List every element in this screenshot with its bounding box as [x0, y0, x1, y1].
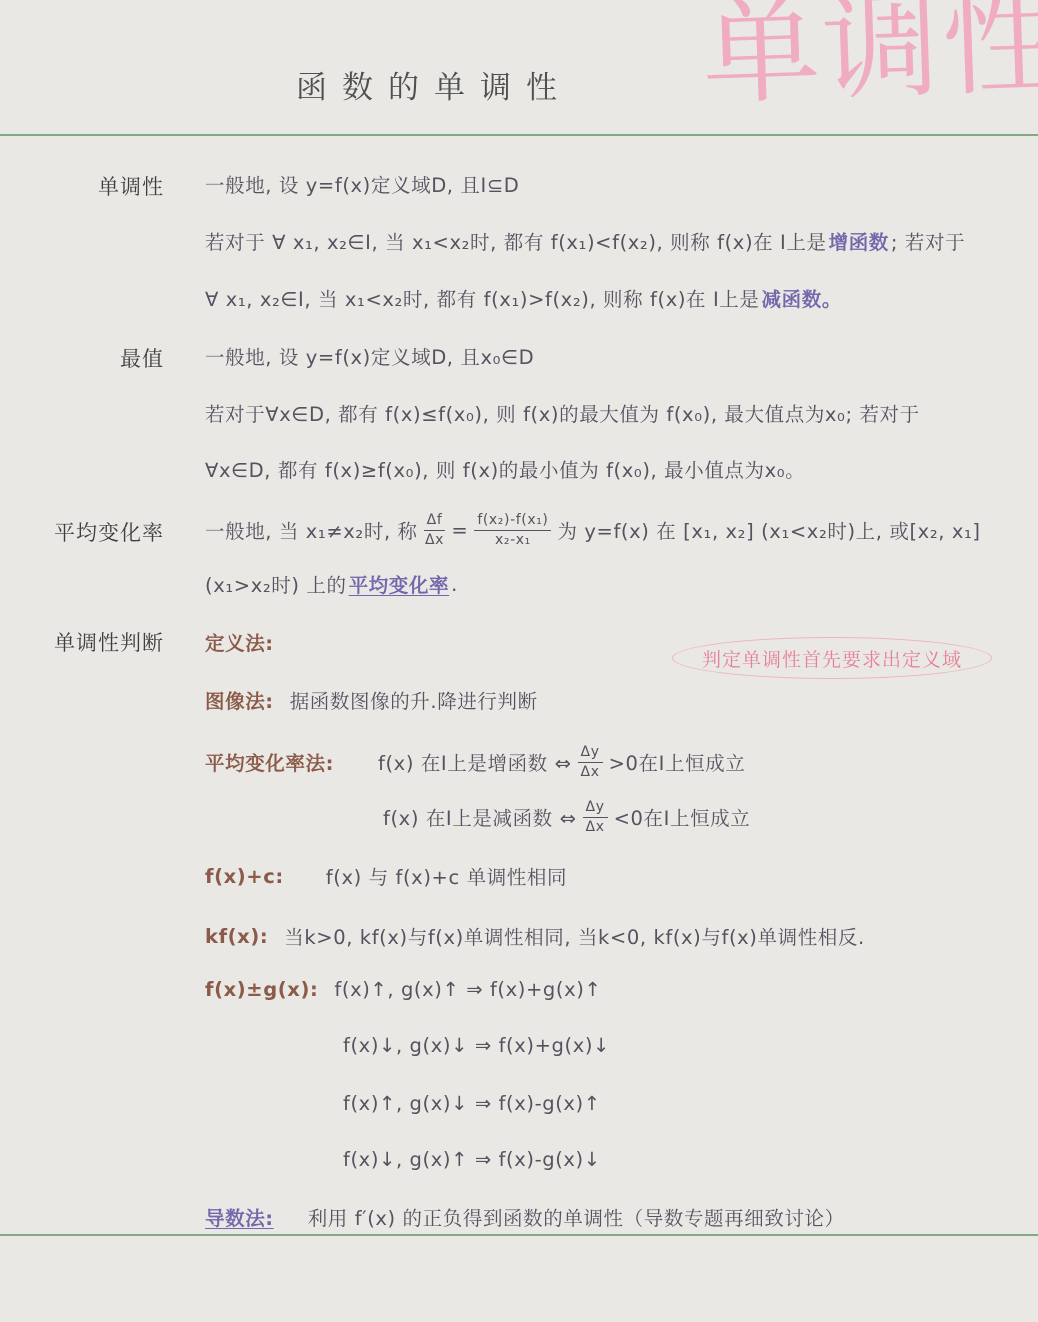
- rate-method-line1-pre: f(x) 在I上是增函数 ⇔: [378, 748, 572, 776]
- rate-method-line-1: 平均变化率法: f(x) 在I上是增函数 ⇔ Δy Δx >0在I上恒成立: [205, 740, 745, 784]
- extremum-line1-text: 一般地, 设 y=f(x)定义域D, 且x₀∈D: [205, 342, 534, 370]
- monotonicity-line-3: ∀ x₁, x₂∈I, 当 x₁<x₂时, 都有 f(x₁)>f(x₂), 则称…: [205, 284, 842, 312]
- fg-rule-4: f(x)↓, g(x)↑ ⇒ f(x)-g(x)↓: [343, 1148, 601, 1171]
- handwritten-stamp: 单调性: [700, 0, 1038, 118]
- avg-rate-equals: =: [451, 519, 468, 542]
- monotonicity-line2-post: ; 若对于: [891, 227, 965, 255]
- avg-rate-line1-pre: 一般地, 当 x₁≠x₂时, 称: [205, 516, 418, 544]
- delta-y-over-delta-x-fraction-2: Δy Δx: [583, 799, 608, 834]
- fg-method-line-1: f(x)±g(x): f(x)↑, g(x)↑ ⇒ f(x)+g(x)↑: [205, 978, 601, 1001]
- graph-method-text: 据函数图像的升.降进行判断: [290, 686, 538, 714]
- fg-rule-2: f(x)↓, g(x)↓ ⇒ f(x)+g(x)↓: [343, 1034, 610, 1057]
- avg-rate-line-1: 一般地, 当 x₁≠x₂时, 称 Δf Δx = f(x₂)-f(x₁) x₂-…: [205, 508, 981, 552]
- rate-method-line2-post: <0在I上恒成立: [614, 803, 751, 831]
- graph-method-line: 图像法: 据函数图像的升.降进行判断: [205, 686, 538, 714]
- kf-method-label: kf(x):: [205, 925, 268, 948]
- fg-method-line-3: f(x)↑, g(x)↓ ⇒ f(x)-g(x)↑: [343, 1092, 601, 1115]
- decreasing-function-emphasis: 减函数。: [762, 284, 842, 312]
- avg-rate-term-emphasis: 平均变化率: [349, 570, 450, 598]
- annotation-text: 判定单调性首先要求出定义域: [702, 645, 962, 672]
- section-label-extremum: 最值: [22, 343, 164, 373]
- rate-method-line-2: f(x) 在I上是减函数 ⇔ Δy Δx <0在I上恒成立: [383, 795, 750, 839]
- avg-rate-line2-post: .: [451, 573, 458, 596]
- rate-method-line2-pre: f(x) 在I上是减函数 ⇔: [383, 803, 577, 831]
- definition-method-label: 定义法:: [205, 628, 274, 656]
- rate-method-line1-post: >0在I上恒成立: [609, 748, 746, 776]
- bottom-divider-line: [0, 1234, 1038, 1236]
- monotonicity-line1-text: 一般地, 设 y=f(x)定义域D, 且I⊆D: [205, 170, 519, 198]
- pink-annotation-oval: 判定单调性首先要求出定义域: [672, 637, 992, 679]
- rate-method-label: 平均变化率法:: [205, 748, 334, 776]
- increasing-function-emphasis: 增函数: [829, 227, 889, 255]
- definition-method-line: 定义法:: [205, 628, 288, 656]
- page-title: 函数的单调性: [296, 62, 572, 107]
- delta-f-over-delta-x-fraction: Δf Δx: [424, 512, 446, 547]
- avg-rate-line-2: (x₁>x₂时) 上的 平均变化率 .: [205, 570, 458, 598]
- monotonicity-line3-pre: ∀ x₁, x₂∈I, 当 x₁<x₂时, 都有 f(x₁)>f(x₂), 则称…: [205, 284, 760, 312]
- derivative-method-label: 导数法:: [205, 1203, 274, 1231]
- section-label-monotonicity: 单调性: [22, 171, 164, 201]
- graph-method-label: 图像法:: [205, 686, 274, 714]
- fg-rule-3: f(x)↑, g(x)↓ ⇒ f(x)-g(x)↑: [343, 1092, 601, 1115]
- derivative-method-line: 导数法: 利用 f′(x) 的正负得到函数的单调性（导数专题再细致讨论）: [205, 1203, 845, 1231]
- fc-method-line: f(x)+c: f(x) 与 f(x)+c 单调性相同: [205, 862, 567, 890]
- kf-method-text: 当k>0, kf(x)与f(x)单调性相同, 当k<0, kf(x)与f(x)单…: [284, 922, 865, 950]
- fg-method-line-4: f(x)↓, g(x)↑ ⇒ f(x)-g(x)↓: [343, 1148, 601, 1171]
- extremum-line-3: ∀x∈D, 都有 f(x)≥f(x₀), 则 f(x)的最小值为 f(x₀), …: [205, 455, 805, 483]
- fc-method-text: f(x) 与 f(x)+c 单调性相同: [326, 862, 567, 890]
- avg-rate-line2-pre: (x₁>x₂时) 上的: [205, 570, 347, 598]
- extremum-line3-text: ∀x∈D, 都有 f(x)≥f(x₀), 则 f(x)的最小值为 f(x₀), …: [205, 455, 805, 483]
- section-label-avg-rate: 平均变化率: [22, 517, 164, 547]
- derivative-method-text: 利用 f′(x) 的正负得到函数的单调性（导数专题再细致讨论）: [308, 1203, 845, 1231]
- extremum-line-2: 若对于∀x∈D, 都有 f(x)≤f(x₀), 则 f(x)的最大值为 f(x₀…: [205, 399, 920, 427]
- fc-method-label: f(x)+c:: [205, 865, 284, 888]
- monotonicity-line-1: 一般地, 设 y=f(x)定义域D, 且I⊆D: [205, 170, 519, 198]
- difference-quotient-fraction: f(x₂)-f(x₁) x₂-x₁: [474, 512, 551, 547]
- top-divider-line: [0, 134, 1038, 136]
- monotonicity-line2-pre: 若对于 ∀ x₁, x₂∈I, 当 x₁<x₂时, 都有 f(x₁)<f(x₂)…: [205, 227, 827, 255]
- kf-method-line: kf(x): 当k>0, kf(x)与f(x)单调性相同, 当k<0, kf(x…: [205, 922, 865, 950]
- avg-rate-line1-post: 为 y=f(x) 在 [x₁, x₂] (x₁<x₂时)上, 或[x₂, x₁]: [557, 516, 980, 544]
- monotonicity-line-2: 若对于 ∀ x₁, x₂∈I, 当 x₁<x₂时, 都有 f(x₁)<f(x₂)…: [205, 227, 965, 255]
- extremum-line2-text: 若对于∀x∈D, 都有 f(x)≤f(x₀), 则 f(x)的最大值为 f(x₀…: [205, 399, 920, 427]
- fg-rule-1: f(x)↑, g(x)↑ ⇒ f(x)+g(x)↑: [334, 978, 601, 1001]
- fg-method-line-2: f(x)↓, g(x)↓ ⇒ f(x)+g(x)↓: [343, 1034, 610, 1057]
- fg-method-label: f(x)±g(x):: [205, 978, 318, 1001]
- notes-page: 函数的单调性 单调性 单调性 一般地, 设 y=f(x)定义域D, 且I⊆D 若…: [0, 0, 1038, 1322]
- section-label-judgment: 单调性判断: [22, 627, 164, 657]
- delta-y-over-delta-x-fraction-1: Δy Δx: [578, 744, 603, 779]
- extremum-line-1: 一般地, 设 y=f(x)定义域D, 且x₀∈D: [205, 342, 534, 370]
